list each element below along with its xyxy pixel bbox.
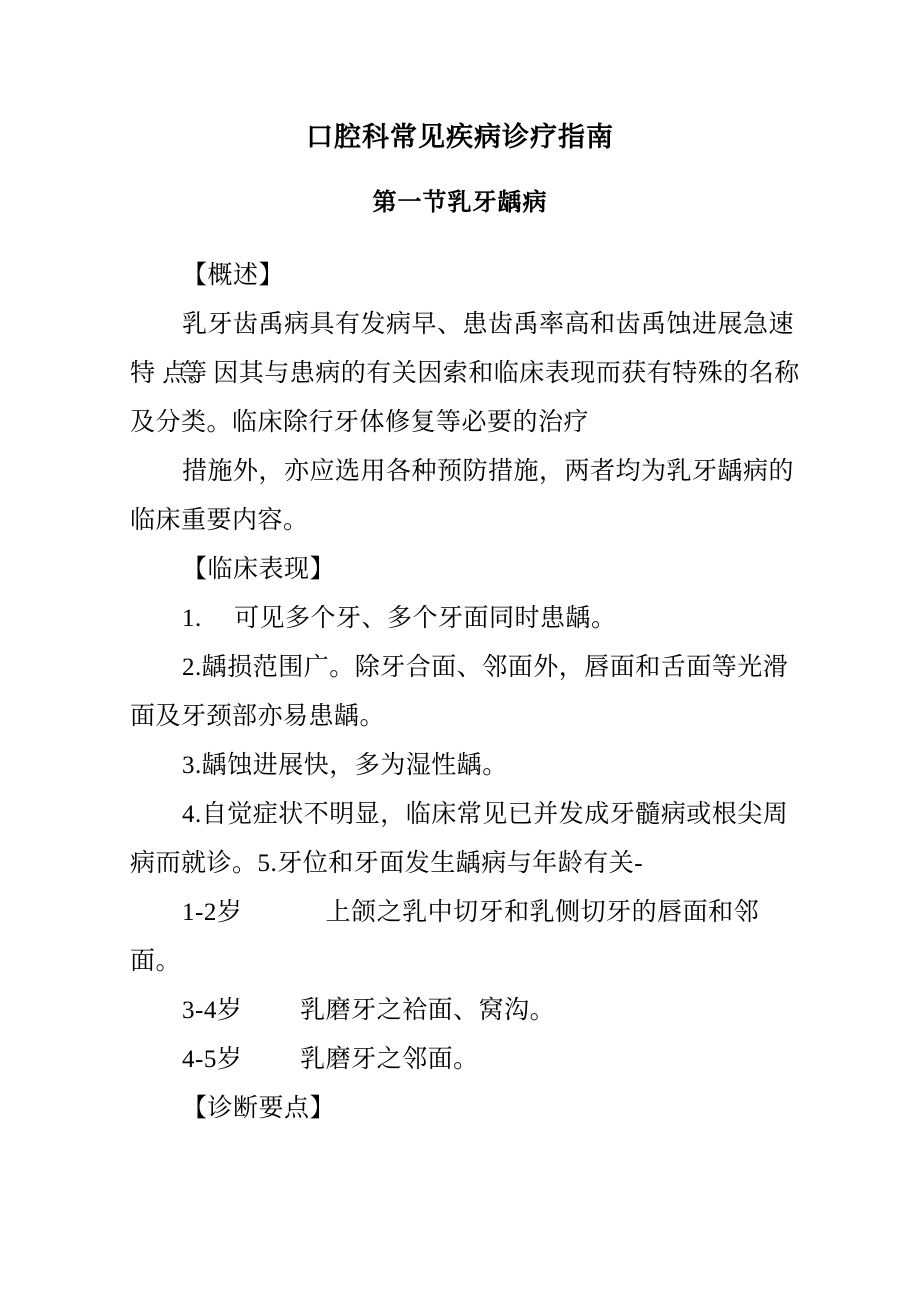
age-row-1-2: 1-2岁 上颌之乳中切牙和乳侧切牙的唇面和邻 — [130, 888, 810, 937]
document-page: 口腔科常见疾病诊疗指南 第一节乳牙龋病 【概述】 乳牙齿禹病具有发病早、患齿禹率… — [0, 0, 920, 1302]
section-title: 第一节乳牙龋病 — [0, 185, 920, 221]
heading-clinical: 【临床表现】 — [130, 545, 810, 594]
document-title: 口腔科常见疾病诊疗指南 — [0, 118, 920, 156]
list-item-3: 3.龋蚀进展快，多为湿性龋。 — [130, 741, 810, 790]
body-line: 乳牙齿禹病具有发病早、患齿禹率高和齿禹蚀进展急速等 — [130, 300, 810, 349]
body-line: 措施外，亦应选用各种预防措施，两者均为乳牙龋病的 — [130, 447, 810, 496]
body-line: 病而就诊。5.牙位和牙面发生龋病与年龄有关- — [130, 839, 810, 888]
document-body: 【概述】 乳牙齿禹病具有发病早、患齿禹率高和齿禹蚀进展急速等 特 点。因其与患病… — [0, 251, 920, 1133]
body-line: 面。 — [130, 937, 810, 986]
list-item-2: 2.龋损范围广。除牙合面、邻面外，唇面和舌面等光滑 — [130, 643, 810, 692]
body-line: 临床重要内容。 — [130, 496, 810, 545]
body-line: 及分类。临床除行牙体修复等必要的治疗 — [130, 398, 810, 447]
body-line: 面及牙颈部亦易患龋。 — [130, 692, 810, 741]
heading-overview: 【概述】 — [130, 251, 810, 300]
age-row-4-5: 4-5岁 乳磨牙之邻面。 — [130, 1035, 810, 1084]
list-item-4: 4.自觉症状不明显，临床常见已并发成牙髓病或根尖周 — [130, 790, 810, 839]
heading-diagnosis: 【诊断要点】 — [130, 1084, 810, 1133]
list-item-1: 1. 可见多个牙、多个牙面同时患龋。 — [130, 594, 810, 643]
body-line: 特 点。因其与患病的有关因索和临床表现而获有特殊的名称 — [130, 349, 810, 398]
age-row-3-4: 3-4岁 乳磨牙之袷面、窝沟。 — [130, 986, 810, 1035]
